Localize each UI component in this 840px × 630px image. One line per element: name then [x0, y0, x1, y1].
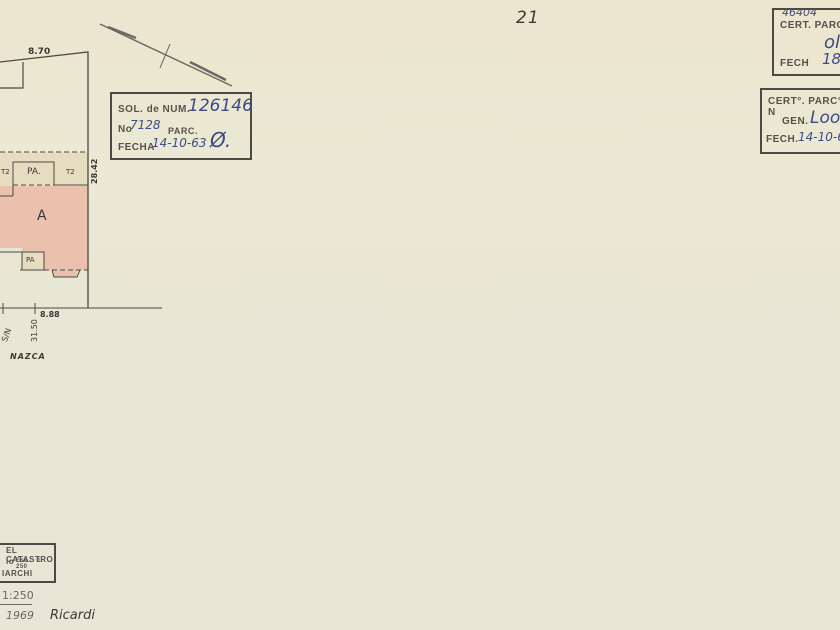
sol-value: 126146 [188, 96, 253, 116]
footer-divider [0, 604, 32, 605]
stamp-cert-bottom: CERT°. PARC°. N GEN. Loo FECH. 14-10-6 [760, 88, 840, 154]
footer-signature: Ricardi [50, 608, 95, 623]
cert-bottom-gen: GEN. [782, 116, 808, 127]
dimension-top: 8.70 [28, 47, 50, 57]
cert-top-label: CERT. PARC. [780, 20, 840, 31]
cert-bottom-value: Loo [810, 108, 840, 128]
room-label-pa-bottom: PA [26, 256, 35, 264]
room-label-main: A [37, 208, 47, 224]
footer-scale: 1:250 [2, 589, 34, 602]
no-value: 7128 [130, 118, 161, 132]
catastro-line3: IARCHI [2, 569, 33, 578]
room-label-t-top: T2 [66, 168, 75, 176]
room-label-left-top: T2 [1, 168, 10, 176]
dimension-right: 28.42 [90, 159, 99, 184]
parc-label: PARC. [168, 126, 198, 136]
cert-top-date: 18 [822, 50, 840, 68]
cert-top-number: 46404 [782, 6, 817, 19]
stamp-cert-top: 46404 CERT. PARC. ol FECH 18 [772, 8, 840, 76]
sol-label: SOL. de NUM. [118, 104, 190, 115]
footer-year: 1969 [6, 609, 34, 622]
stamp-solicitud: SOL. de NUM. 126146 No 7128 PARC. FECHA … [110, 92, 252, 160]
cert-bottom-fech: FECH. [766, 134, 799, 145]
cert-top-fech: FECH [780, 58, 809, 69]
cert-bottom-date: 14-10-6 [798, 130, 840, 144]
fecha-label: FECHA [118, 142, 155, 153]
signature-initials: Ø. [210, 128, 231, 152]
footer-catastro-stamp: EL CATASTRO lo Esc. - 1: 250 IARCHI [0, 543, 56, 583]
room-label-pa-top: PA. [27, 167, 41, 177]
street-name: NAZCA [10, 352, 46, 361]
catastro-line2a: lo [6, 557, 14, 566]
fecha-value: 14-10-63 [152, 136, 206, 150]
dimension-bottom-a: 31.50 [30, 319, 39, 342]
dimension-bottom-right: 8.88 [40, 310, 60, 319]
